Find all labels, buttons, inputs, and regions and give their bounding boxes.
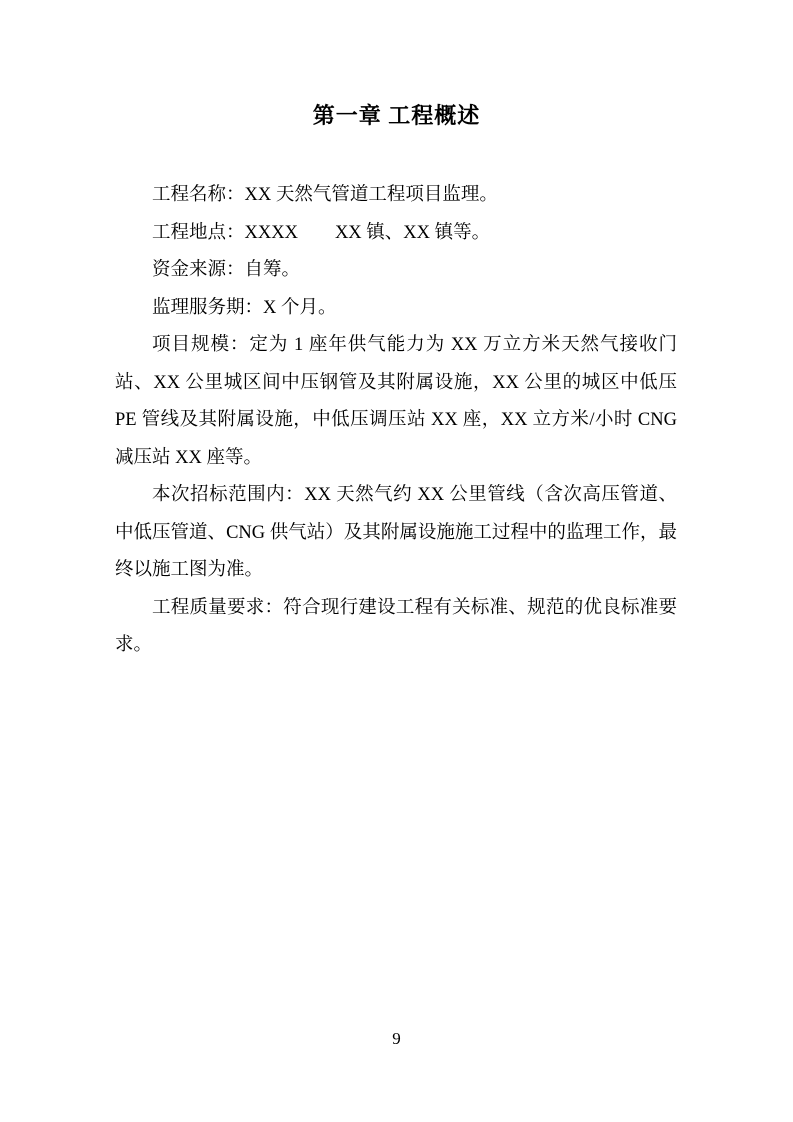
paragraph-quality-requirement: 工程质量要求：符合现行建设工程有关标准、规范的优良标准要求。 <box>115 590 677 665</box>
chapter-title: 第一章 工程概述 <box>0 101 793 131</box>
document-page: 第一章 工程概述 工程名称：XX 天然气管道工程项目监理。 工程地点：XXXX … <box>0 0 793 1122</box>
paragraph-project-location: 工程地点：XXXX XX 镇、XX 镇等。 <box>115 215 677 253</box>
document-body: 工程名称：XX 天然气管道工程项目监理。 工程地点：XXXX XX 镇、XX 镇… <box>115 177 677 665</box>
paragraph-bid-scope: 本次招标范围内：XX 天然气约 XX 公里管线（含次高压管道、中低压管道、CNG… <box>115 477 677 590</box>
paragraph-funding-source: 资金来源：自筹。 <box>115 252 677 290</box>
page-number: 9 <box>0 1028 793 1050</box>
paragraph-project-name: 工程名称：XX 天然气管道工程项目监理。 <box>115 177 677 215</box>
paragraph-supervision-period: 监理服务期：X 个月。 <box>115 290 677 328</box>
paragraph-project-scale: 项目规模：定为 1 座年供气能力为 XX 万立方米天然气接收门站、XX 公里城区… <box>115 327 677 477</box>
